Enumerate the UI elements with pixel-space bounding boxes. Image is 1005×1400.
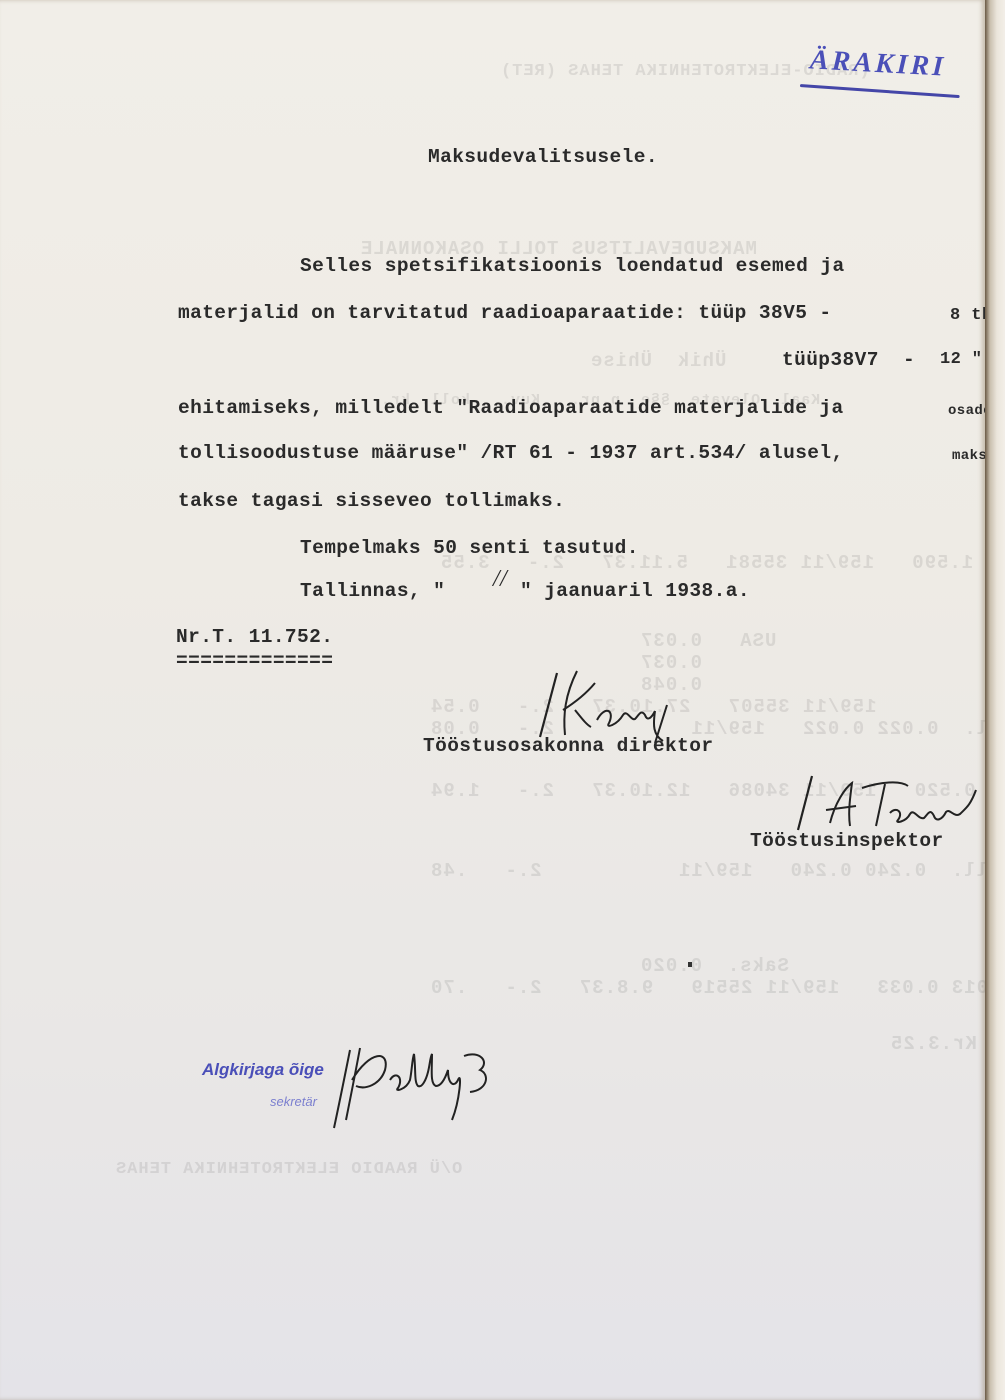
certification-signature: [330, 1040, 500, 1135]
director-signature: [535, 665, 715, 745]
stamp-duty-line: Tempelmaks 50 senti tasutud.: [300, 537, 639, 559]
bleed-row: O/Ü RAADIO ELEKTROTEHNIKA TEHAS: [115, 1160, 462, 1179]
body-line: materjalid on tarvitatud raadioaparaatid…: [178, 302, 832, 324]
body-line: ehitamiseks, milledelt "Raadioaparaatide…: [178, 397, 844, 419]
reference-underline: =============: [176, 650, 333, 672]
bleed-row: Ühik Ühise: [590, 350, 726, 372]
bleed-row: Holl. 0.240 0.240 159/11 2.- .48: [430, 860, 1005, 882]
place-date-suffix: " jaanuaril 1938.a.: [520, 580, 750, 602]
body-line: tollisoodustuse määruse" /RT 61 - 1937 a…: [178, 442, 844, 464]
body-line: Selles spetsifikatsioonis loendatud esem…: [300, 255, 845, 277]
place-date-prefix: Tallinnas, ": [300, 580, 445, 602]
ink-speck: [688, 962, 692, 967]
stamp-underline: [800, 84, 960, 98]
bleed-row: Saks. 0.020: [640, 955, 789, 977]
place-date-day: //: [493, 566, 507, 593]
document-page: (RADIO-ELEKTROTEHNIKA TEHAS (RET) MAKSUD…: [0, 0, 985, 1400]
certification-stamp-subtext: sekretär: [270, 1094, 317, 1109]
paper-edge: [985, 0, 1005, 1400]
bleed-row: Kr.3.25: [890, 1033, 977, 1055]
body-line: tüüp38V7 -: [782, 349, 915, 371]
body-line: takse tagasi sisseveo tollimaks.: [178, 490, 565, 512]
bleed-row: USA 0.037: [640, 630, 776, 652]
body-note: 12 ": [940, 350, 982, 369]
reference-number: Nr.T. 11.752.: [176, 626, 333, 648]
inspector-signature: [790, 768, 990, 838]
certification-stamp: Algkirjaga õige: [202, 1060, 324, 1080]
director-title: Tööstusosakonna direktor: [423, 735, 713, 757]
recipient-heading: Maksudevalitsusele.: [428, 146, 658, 168]
bleed-row: 0.013 0.033 159/11 25519 9.8.37 2.- .70: [430, 977, 1005, 999]
inspector-title: Tööstusinspektor: [750, 830, 944, 852]
